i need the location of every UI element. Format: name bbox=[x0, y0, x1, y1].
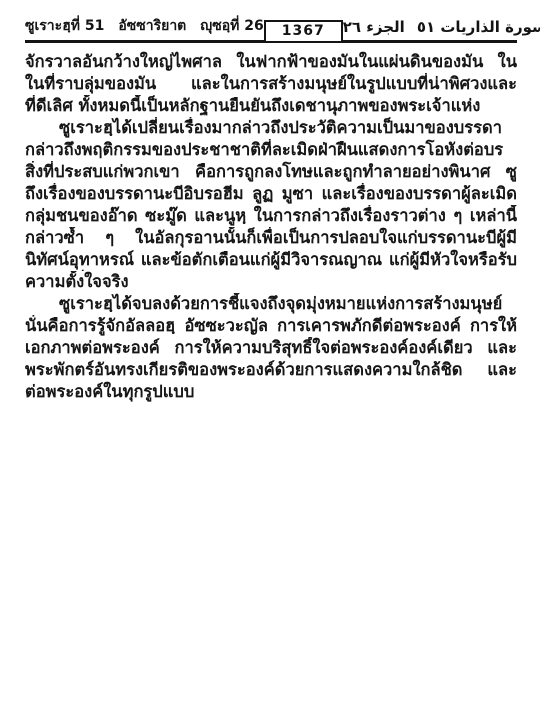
body-text-line: จักรวาลอันกว้างใหญ่ไพศาล ในฟากฟ้าของมันใ… bbox=[25, 51, 517, 73]
body-text-line: ความตั้งใจจริง bbox=[25, 271, 517, 293]
body-text-line: พระพักตร์อันทรงเกียรติของพระองค์ด้วยการแ… bbox=[25, 359, 517, 381]
body-text-line: กล่าวถึงพฤติกรรมของประชาชาติที่ละเมิดฝ่า… bbox=[25, 139, 517, 161]
header-arabic-group: سورة الذاريات ٥١ الجزء ٢٦ bbox=[343, 18, 540, 40]
juz-label-thai: ญุซอฺที่ 26 bbox=[200, 15, 263, 37]
body-text-line: ต่อพระองค์ในทุกรูปแบบ bbox=[25, 381, 517, 403]
body-text-line: ถึงเรื่องของบรรดานะบีอิบรอฮีม ลูฏ มูซา แ… bbox=[25, 183, 517, 205]
surah-number-label-thai: ซูเราะฮฺที่ 51 bbox=[25, 15, 104, 37]
page-number-box: 1367 bbox=[264, 20, 343, 43]
book-page: ซูเราะฮฺที่ 51 อัซซาริยาต ญุซอฺที่ 26 13… bbox=[0, 0, 540, 712]
surah-name-thai: อัซซาริยาต bbox=[118, 15, 186, 37]
surah-name-arabic: سورة الذاريات ٥١ bbox=[417, 18, 540, 36]
body-text-line: ที่ดีเลิศ ทั้งหมดนี้เป็นหลักฐานยืนยันถึง… bbox=[25, 95, 517, 117]
header-thai-group: ซูเราะฮฺที่ 51 อัซซาริยาต ญุซอฺที่ 26 bbox=[25, 15, 264, 40]
body-text-line: ซูเราะฮฺได้จบลงด้วยการชี้แจงถึงจุดมุ่งหม… bbox=[25, 293, 517, 315]
page-number: 1367 bbox=[282, 23, 325, 39]
body-text-line: นิทัศน์อุทาหรณ์ และข้อตักเตือนแก่ผู้มีวิ… bbox=[25, 249, 517, 271]
page-header: ซูเราะฮฺที่ 51 อัซซาริยาต ญุซอฺที่ 26 13… bbox=[25, 13, 517, 43]
body-text-line: เอกภาพต่อพระองค์ การให้ความบริสุทธิ์ใจต่… bbox=[25, 337, 517, 359]
body-text-line: สิ่งที่ประสบแก่พวกเขา คือการถูกลงโทษและถ… bbox=[25, 161, 517, 183]
body-text-line: กล่าวซ้ำ ๆ ในอัลกุรอานนั้นก็เพื่อเป็นการ… bbox=[25, 227, 517, 249]
juz-label-arabic: الجزء ٢٦ bbox=[343, 18, 405, 36]
body-text-line: กลุ่มชนของอ๊าด ซะมู๊ด และนูหฺ ในการกล่าว… bbox=[25, 205, 517, 227]
body-text-line: ซูเราะฮฺได้เปลี่ยนเรื่องมากล่าวถึงประวัต… bbox=[25, 117, 517, 139]
body-text-line: นั่นคือการรู้จักอัลลอฮฺ อัซซะวะญัล การเค… bbox=[25, 315, 517, 337]
body-text-line: ในที่ราบลุ่มของมัน และในการสร้างมนุษย์ใน… bbox=[25, 73, 517, 95]
body-text-block: จักรวาลอันกว้างใหญ่ไพศาล ในฟากฟ้าของมันใ… bbox=[25, 51, 517, 403]
